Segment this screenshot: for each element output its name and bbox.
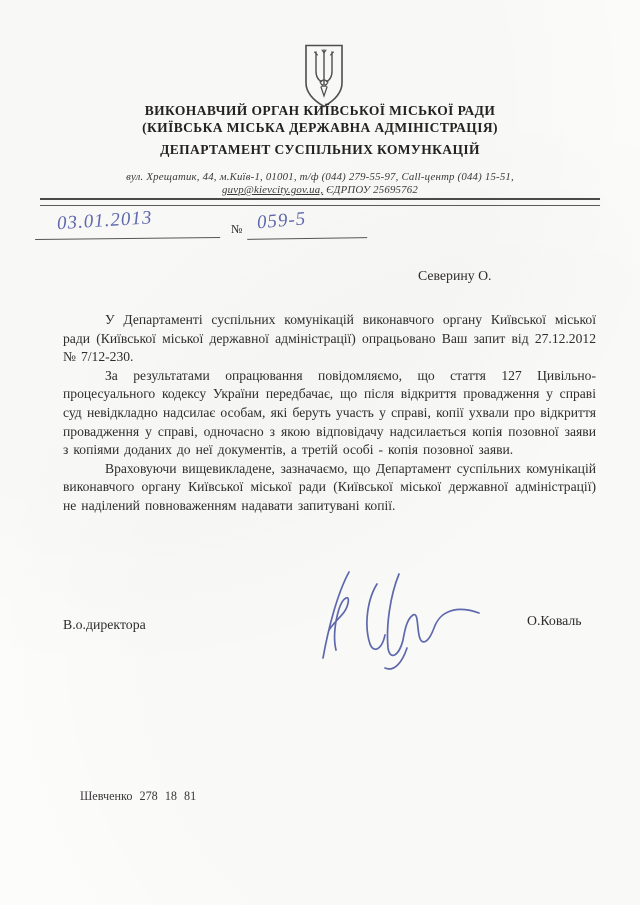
trident-emblem-icon: [303, 44, 345, 108]
edrpou-code: ЄДРПОУ 25695762: [326, 184, 418, 196]
letterhead-divider: [40, 198, 600, 206]
number-sign: №: [231, 222, 242, 237]
signer-role: В.о.директора: [63, 617, 146, 633]
signer-name: О.Коваль: [527, 613, 582, 629]
letter-body: У Департаменті суспільних комунікацій ви…: [63, 311, 596, 516]
contact-line: guvp@kievcity.gov.ua, ЄДРПОУ 25695762: [0, 184, 640, 196]
org-name-line2: (КИЇВСЬКА МІСЬКА ДЕРЖАВНА АДМІНІСТРАЦІЯ): [0, 120, 640, 136]
handwritten-date: 03.01.2013: [56, 207, 153, 235]
department-name: ДЕПАРТАМЕНТ СУСПІЛЬНИХ КОМУНКАЦІЙ: [0, 142, 640, 158]
handwritten-number: 059-5: [256, 208, 307, 234]
scanned-letter-page: ВИКОНАВЧИЙ ОРГАН КИЇВСЬКОЇ МІСЬКОЇ РАДИ …: [0, 0, 640, 905]
address-line: вул. Хрещатик, 44, м.Київ-1, 01001, т/ф …: [0, 171, 640, 183]
org-name-line1: ВИКОНАВЧИЙ ОРГАН КИЇВСЬКОЇ МІСЬКОЇ РАДИ: [0, 103, 640, 119]
executor-contact: Шевченко 278 18 81: [80, 789, 196, 804]
email-address: guvp@kievcity.gov.ua,: [222, 184, 323, 196]
paragraph-1: У Департаменті суспільних комунікацій ви…: [63, 311, 596, 367]
signature-icon: [295, 556, 485, 676]
number-field: 059-5: [247, 207, 367, 240]
date-field: 03.01.2013: [35, 207, 220, 240]
recipient-name: Северину О.: [418, 268, 491, 284]
paragraph-2: За результатами опрацювання повідомляємо…: [63, 367, 596, 460]
paragraph-3: Враховуючи вищевикладене, зазначаємо, що…: [63, 460, 596, 516]
